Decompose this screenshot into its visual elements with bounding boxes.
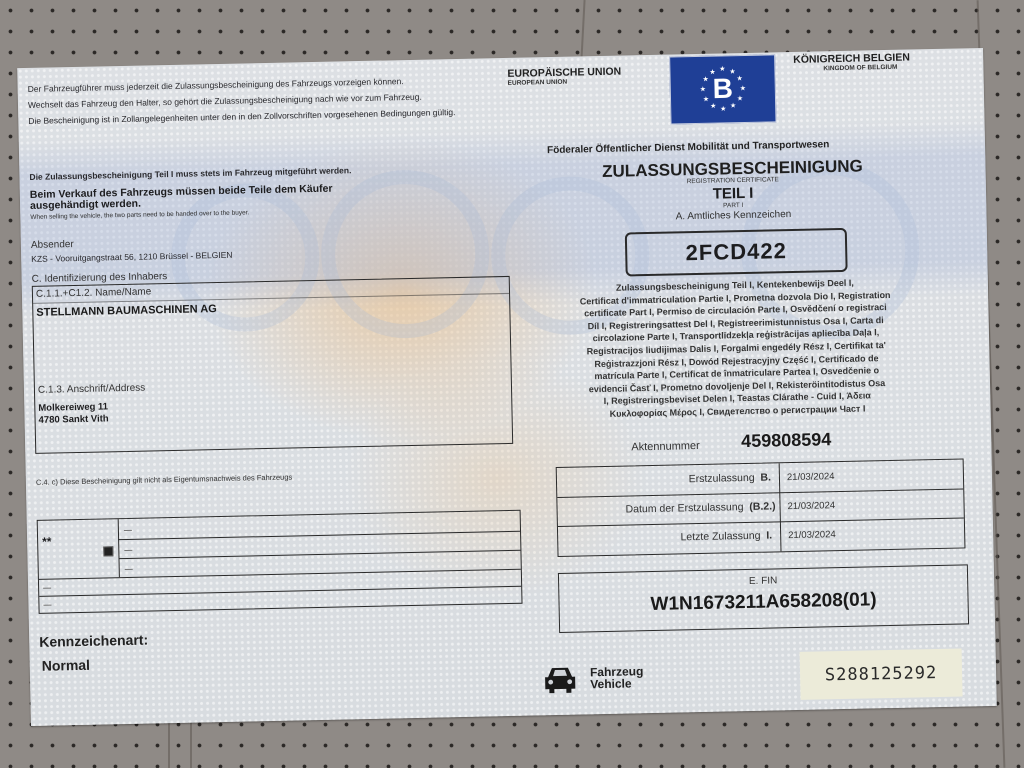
divider [39,569,521,580]
country-code: B [712,75,733,103]
sender-label: Absender [31,239,74,251]
divider [118,531,520,540]
divider [558,517,964,527]
divider [779,463,782,551]
divider [39,586,521,597]
eu-flag: ★ ★ ★ ★ ★ ★ ★ ★ ★ ★ ★ ★ B [669,54,776,124]
holder-name-label: C.1.1.+C1.2. Name/Name [36,286,152,299]
vin-box: E. FIN W1N1673211A658208(01) [558,564,969,633]
registration-certificate: Der Fahrzeugführer muss jederzeit die Zu… [17,48,997,726]
holder-address: Molkereiweg 11 4780 Sankt Vith [38,401,109,426]
date-row-label: Datum der Erstzulassung (B.2.) [557,500,775,517]
seat-seam [190,716,192,768]
stamp-grid: ** [37,510,523,614]
notice-3: Die Bescheinigung ist in Zollangelegenhe… [28,107,468,127]
plate-type-value: Normal [42,657,91,674]
seat-seam [168,716,170,768]
last-registration-date: 21/03/2024 [788,529,836,541]
file-number-label: Aktennummer [631,440,700,453]
kingdom-label-en: KINGDOM OF BELGIUM [823,64,897,73]
dates-table: Erstzulassung B. 21/03/2024 Datum der Er… [556,458,966,557]
car-icon [542,665,579,696]
serial-number-box: S288125292 [800,649,963,700]
address-line-2: 4780 Sankt Vith [38,413,108,426]
file-number: 459808594 [741,429,832,452]
divider [557,488,963,498]
license-plate: 2FCD422 [625,228,848,277]
license-plate-number: 2FCD422 [685,238,787,266]
holder-address-label: C.1.3. Anschrift/Address [38,383,145,396]
holder-box: C.1.1.+C1.2. Name/Name STELLMANN BAUMASC… [32,276,513,454]
seat-seam [580,0,585,60]
plate-type-label: Kennzeichenart: [39,632,148,650]
vin-number: W1N1673211A658208(01) [559,587,967,618]
date-row-label: Letzte Zulassung I. [558,529,772,545]
notice-list: Der Fahrzeugführer muss jederzeit die Zu… [28,75,469,127]
stamp-marker: ** [42,535,52,549]
first-registration-date: 21/03/2024 [787,471,835,483]
vehicle-label: Fahrzeug Vehicle [590,665,644,690]
multilingual-title: Zulassungsbescheinigung Teil I, Kenteken… [530,275,943,422]
vehicle-label-en: Vehicle [590,677,644,690]
date-row-label: Erstzulassung B. [557,471,771,487]
divider [118,550,520,559]
ownership-note: C.4. c) Diese Bescheinigung gilt nicht a… [36,473,293,487]
serial-number: S288125292 [825,663,938,685]
square-icon [103,546,113,556]
eu-label-en: EUROPEAN UNION [508,79,568,87]
divider [118,519,120,577]
first-registration-date-b2: 21/03/2024 [787,500,835,512]
holder-name: STELLMANN BAUMASCHINEN AG [36,303,217,319]
